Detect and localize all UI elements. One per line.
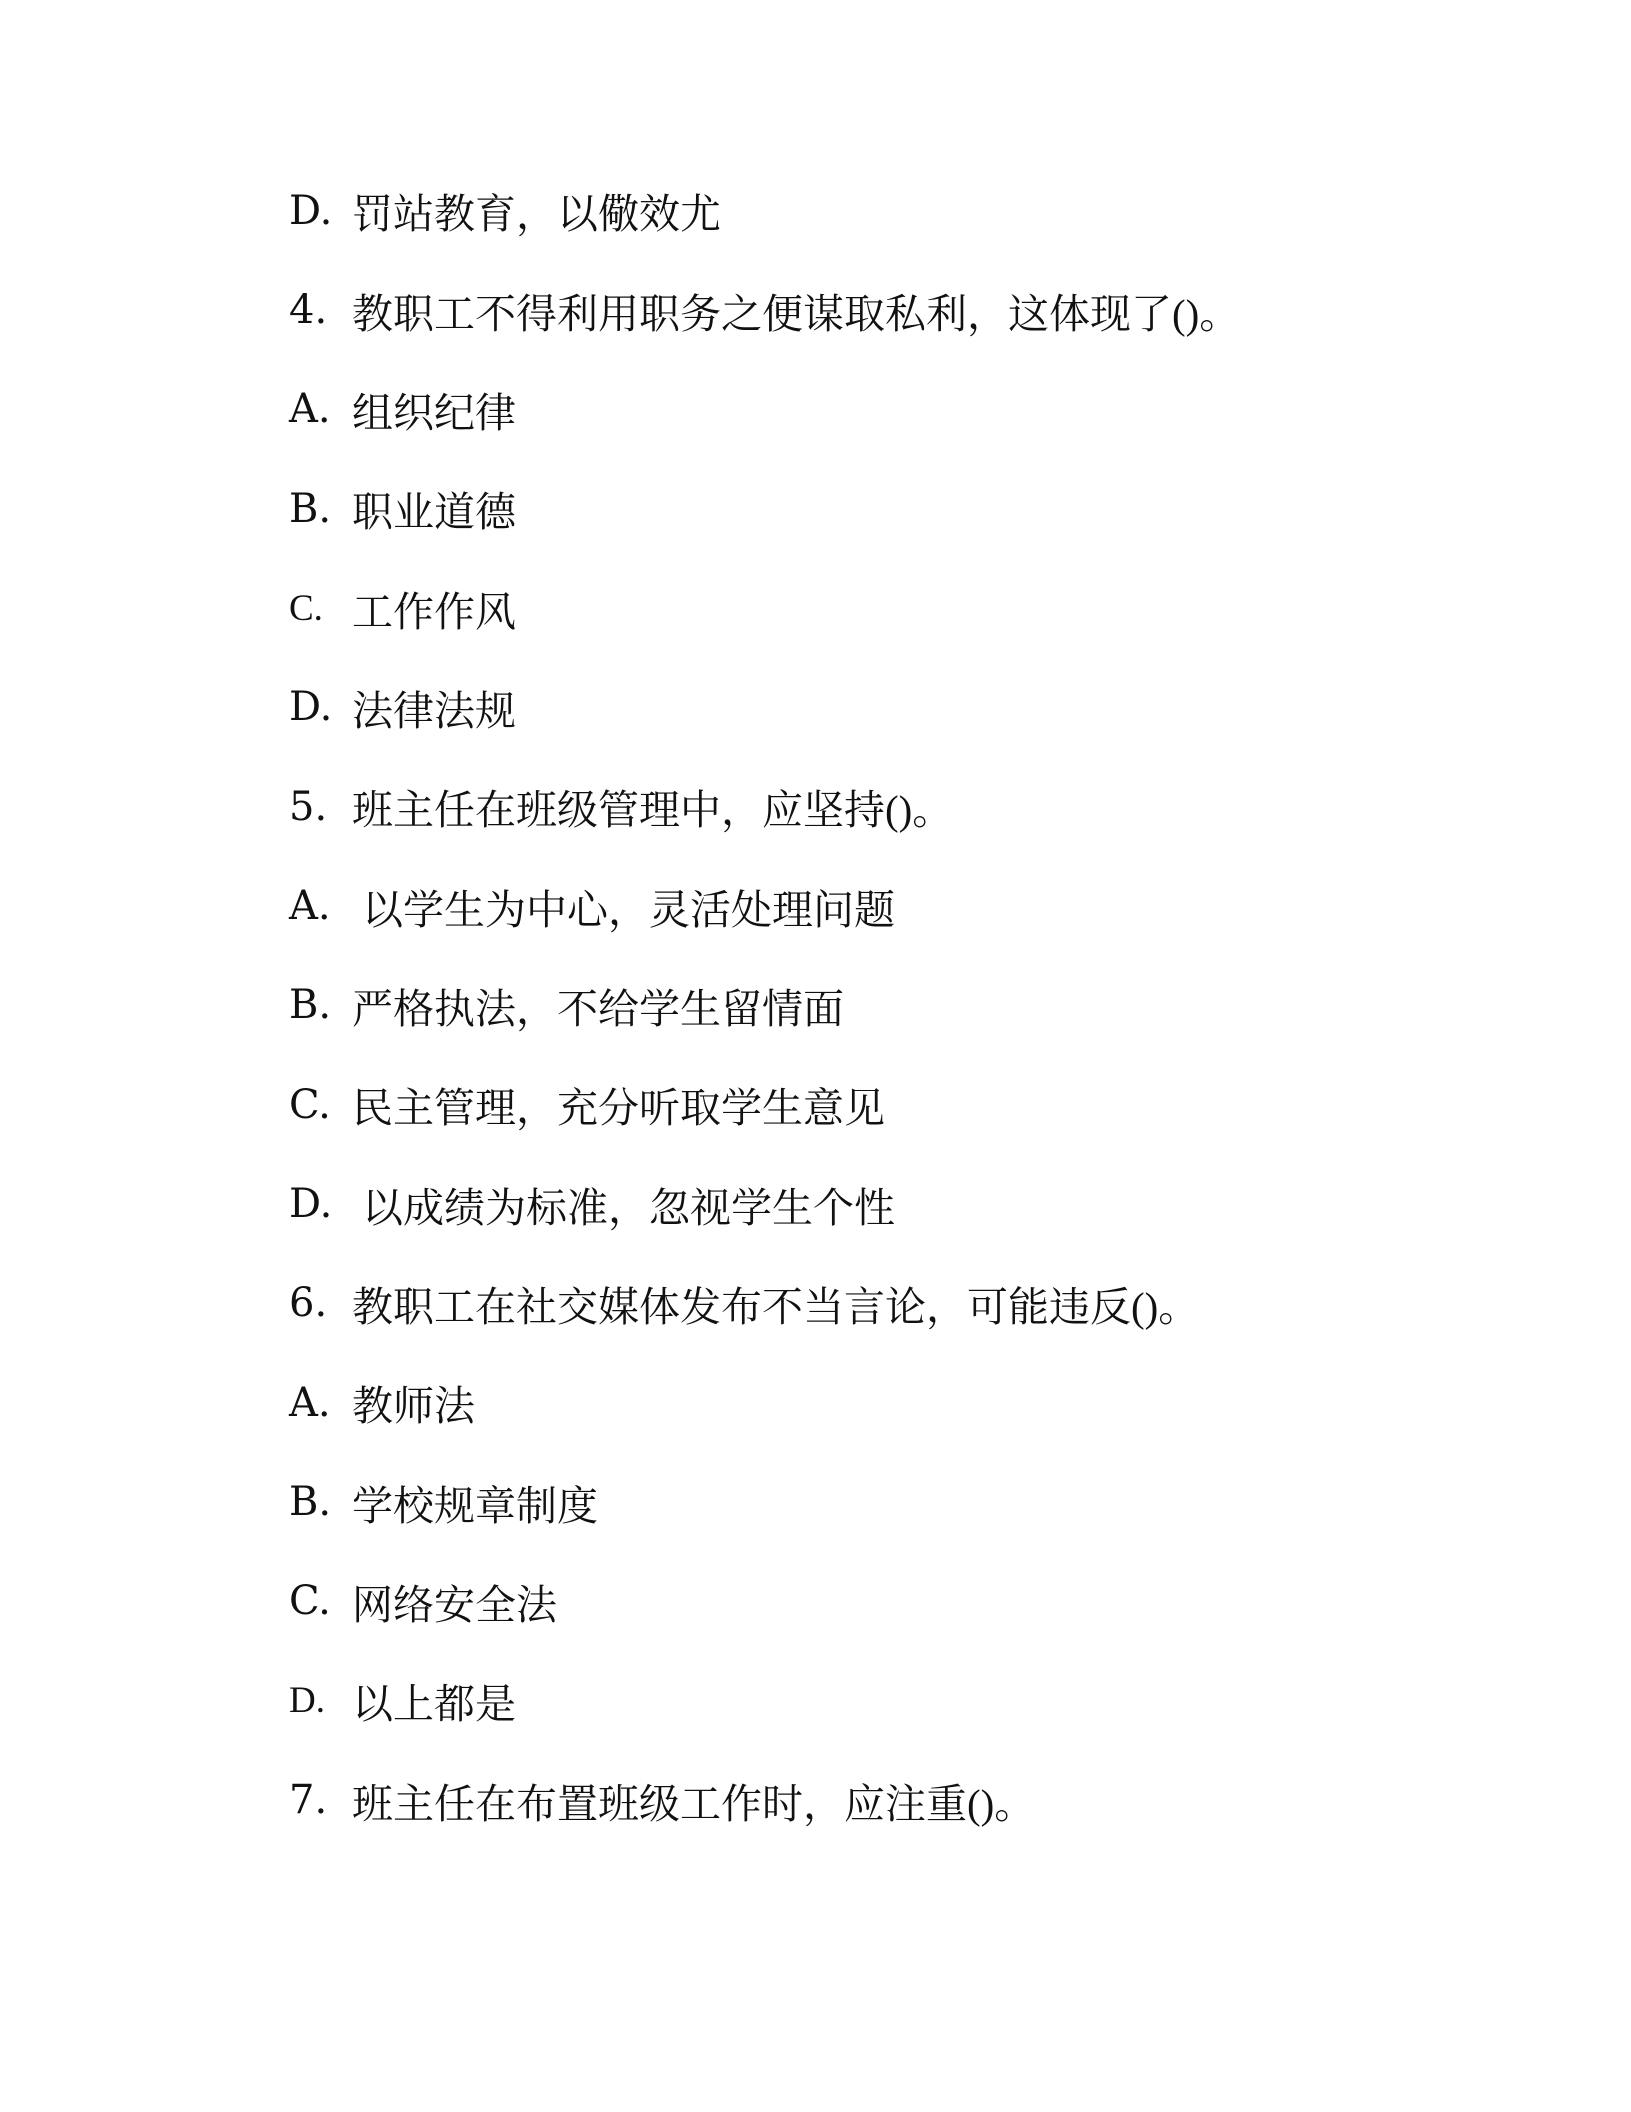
question-line: 5. 班主任在班级管理中，应坚持()。 xyxy=(289,757,1571,856)
line-text: 网络安全法 xyxy=(352,1572,557,1631)
option-line: C. 网络安全法 xyxy=(289,1552,1571,1651)
line-text: 教师法 xyxy=(352,1373,475,1432)
line-marker: 7. xyxy=(289,1777,352,1823)
line-marker: A. xyxy=(289,883,362,929)
option-line: D. 以上都是 xyxy=(289,1651,1571,1750)
line-text: 罚站教育，以儆效尤 xyxy=(352,181,721,240)
option-line: D. 以成绩为标准，忽视学生个性 xyxy=(289,1154,1571,1253)
document-page: D. 罚站教育，以儆效尤 4. 教职工不得利用职务之便谋取私利，这体现了()。 … xyxy=(0,0,1631,2112)
option-line: D. 罚站教育，以儆效尤 xyxy=(289,161,1571,260)
option-line: B. 严格执法，不给学生留情面 xyxy=(289,956,1571,1055)
line-marker: C. xyxy=(289,1578,352,1624)
option-line: A. 组织纪律 xyxy=(289,360,1571,459)
line-marker: 5. xyxy=(289,784,352,830)
line-text: 职业道德 xyxy=(352,479,516,538)
line-marker: B. xyxy=(289,982,352,1028)
option-line: D. 法律法规 xyxy=(289,658,1571,757)
line-text: 教职工在社交媒体发布不当言论，可能违反()。 xyxy=(352,1274,1199,1333)
option-line: C. 工作作风 xyxy=(289,558,1571,657)
line-text: 班主任在班级管理中，应坚持()。 xyxy=(352,777,953,836)
line-text: 学校规章制度 xyxy=(352,1473,598,1532)
line-marker: C. xyxy=(289,587,352,630)
line-marker: B. xyxy=(289,486,352,532)
line-text: 工作作风 xyxy=(352,579,516,638)
line-text: 严格执法，不给学生留情面 xyxy=(352,976,844,1035)
option-line: A. 教师法 xyxy=(289,1353,1571,1452)
option-line: C. 民主管理，充分听取学生意见 xyxy=(289,1055,1571,1154)
question-list: D. 罚站教育，以儆效尤 4. 教职工不得利用职务之便谋取私利，这体现了()。 … xyxy=(289,161,1571,1850)
question-line: 7. 班主任在布置班级工作时，应注重()。 xyxy=(289,1751,1571,1850)
line-marker: D. xyxy=(289,1181,362,1227)
line-marker: A. xyxy=(289,386,352,432)
line-text: 教职工不得利用职务之便谋取私利，这体现了()。 xyxy=(352,281,1240,340)
line-marker: B. xyxy=(289,1479,352,1525)
line-text: 法律法规 xyxy=(352,678,516,737)
option-line: B. 学校规章制度 xyxy=(289,1452,1571,1551)
question-line: 4. 教职工不得利用职务之便谋取私利，这体现了()。 xyxy=(289,260,1571,359)
line-marker: 6. xyxy=(289,1280,352,1326)
line-text: 以学生为中心，灵活处理问题 xyxy=(362,877,895,936)
line-marker: D. xyxy=(289,684,352,730)
line-text: 民主管理，充分听取学生意见 xyxy=(352,1075,885,1134)
line-marker: D. xyxy=(289,1679,352,1722)
line-text: 组织纪律 xyxy=(352,380,516,439)
question-line: 6. 教职工在社交媒体发布不当言论，可能违反()。 xyxy=(289,1254,1571,1353)
line-marker: 4. xyxy=(289,287,352,333)
option-line: B. 职业道德 xyxy=(289,459,1571,558)
line-text: 班主任在布置班级工作时，应注重()。 xyxy=(352,1771,1035,1830)
line-marker: D. xyxy=(289,188,352,234)
line-text: 以成绩为标准，忽视学生个性 xyxy=(362,1175,895,1234)
option-line: A. 以学生为中心，灵活处理问题 xyxy=(289,856,1571,955)
line-marker: C. xyxy=(289,1082,352,1128)
line-marker: A. xyxy=(289,1380,352,1426)
line-text: 以上都是 xyxy=(352,1671,516,1730)
